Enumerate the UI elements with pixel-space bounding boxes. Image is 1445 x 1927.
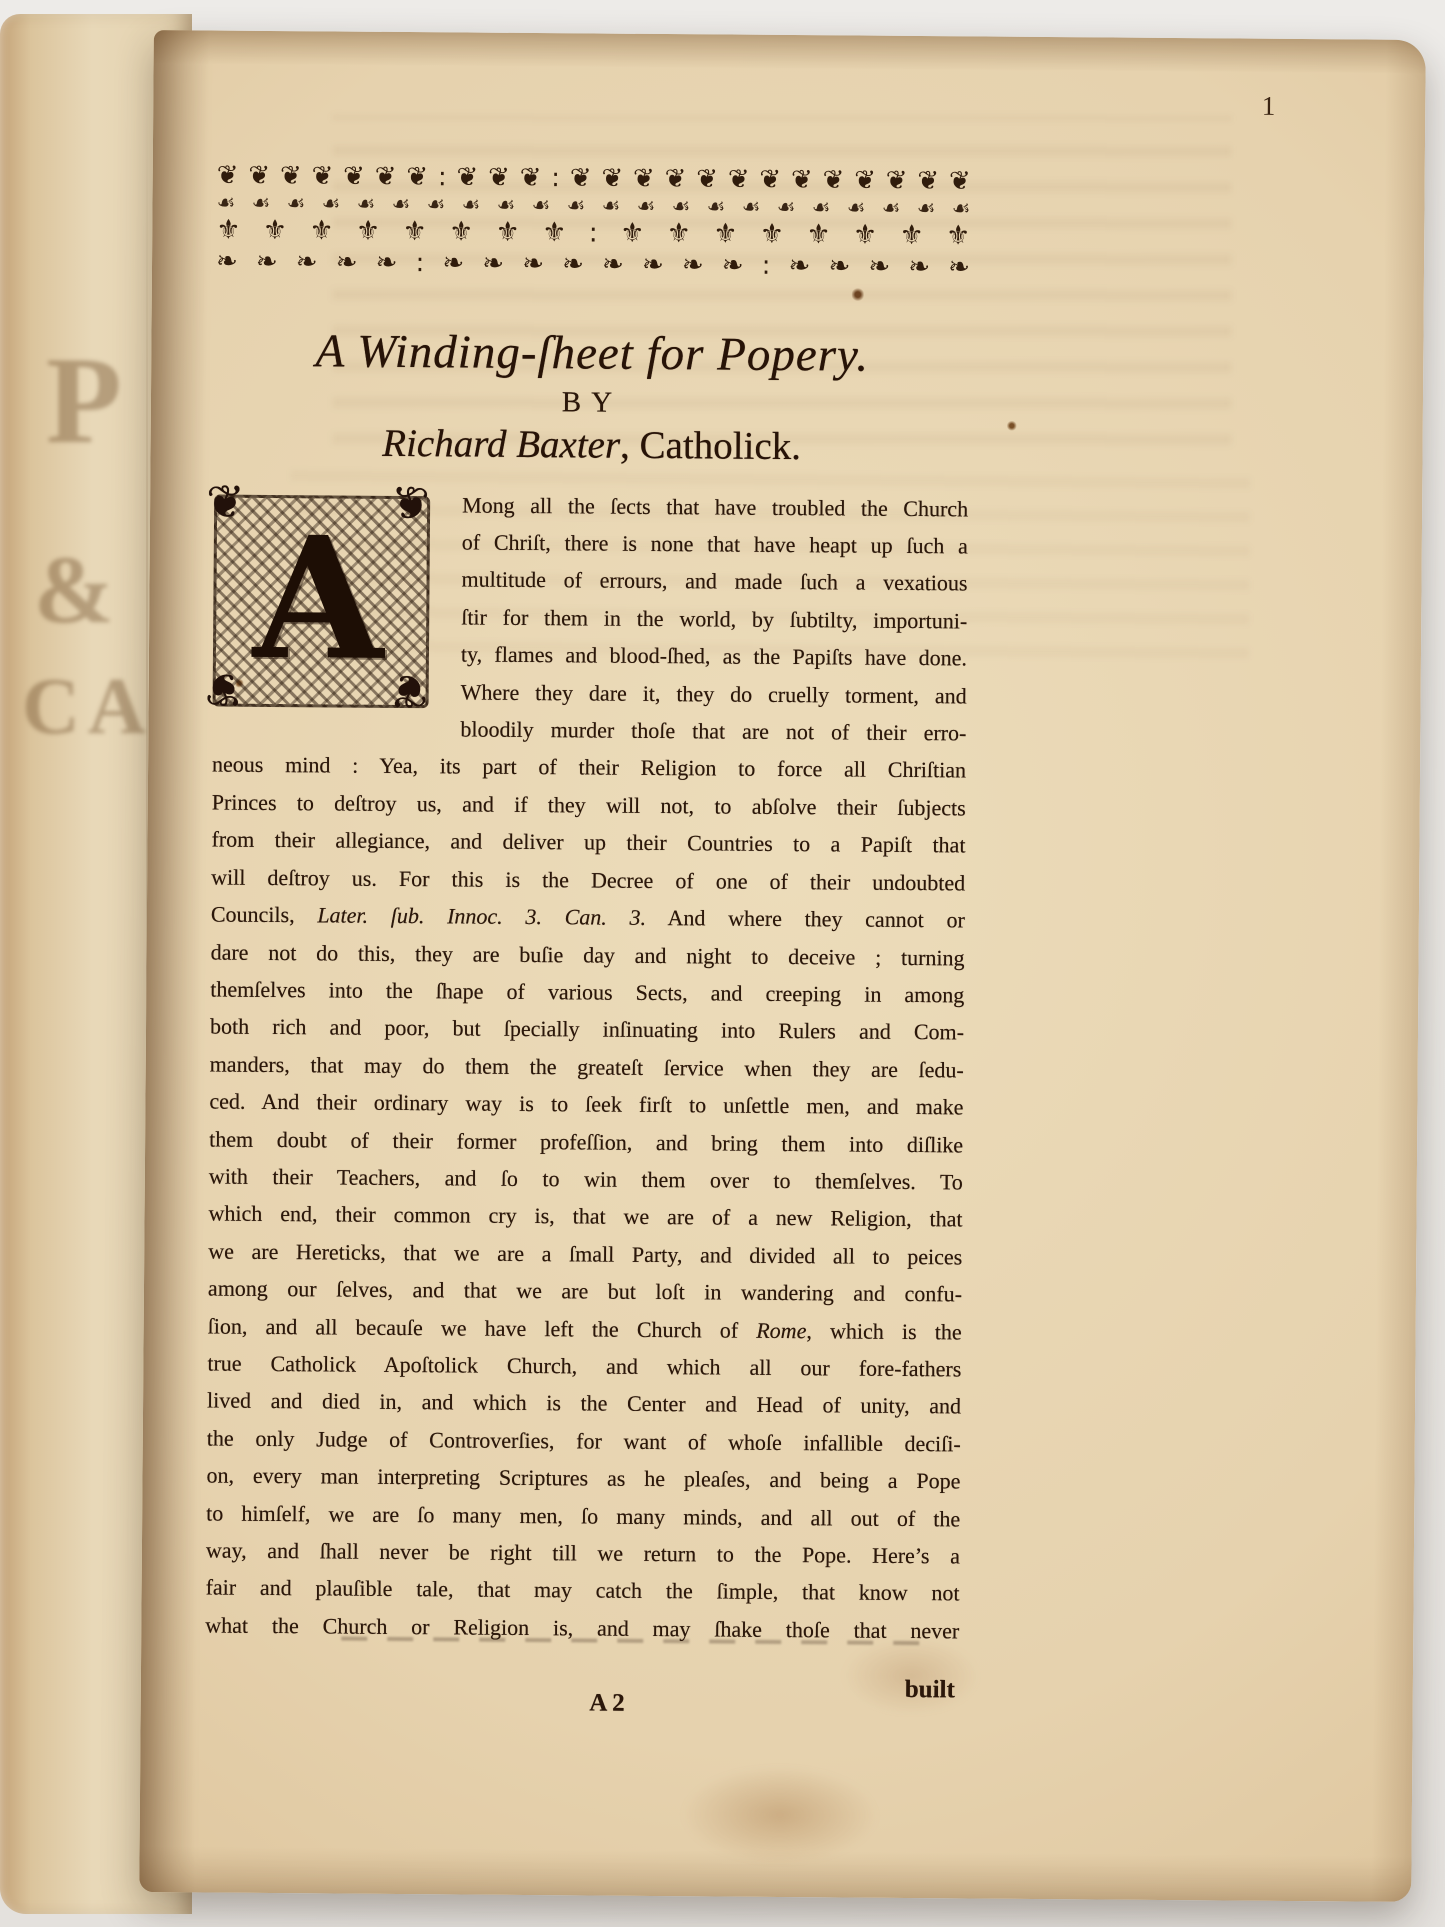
body-text: ❦ ❦ ❦ ❦ A Mong all the ſects that have t… [204, 484, 968, 1753]
body-line: them doubt of their former profeſſion, a… [209, 1120, 963, 1163]
showthrough-letter: CA [22, 662, 154, 753]
body-line: true Catholick Apoſtolick Church, and wh… [207, 1344, 961, 1387]
body-line: neous mind : Yea, its part of their Reli… [212, 746, 966, 789]
body-line: dare not do this, they are buſie day and… [210, 933, 964, 976]
ornament-band: ❦ ❦ ❦ ❦ ❦ ❦ ❦ : ❦ ❦ ❦ : ❦ ❦ ❦ ❦ ❦ ❦ ❦ ❦ … [216, 161, 971, 283]
body-line: we are Hereticks, that we are a ſmall Pa… [208, 1232, 962, 1275]
body-line: Councils, Later. ſub. Innoc. 3. Can. 3. … [211, 896, 965, 939]
body-line: manders, that may do them the greateſt ſ… [210, 1045, 964, 1088]
signature-mark: A 2 [589, 1685, 625, 1723]
paper-stain [679, 1764, 880, 1866]
body-line: themſelves into the ſhape of various Sec… [210, 970, 964, 1013]
author-epithet: , Catholick. [620, 423, 801, 467]
body-line: which end, their common cry is, that we … [208, 1195, 962, 1238]
author-line: Richard Baxter, Catholick. [214, 418, 968, 472]
body-line: will deſtroy us. For this is the Decree … [211, 858, 965, 901]
catchword: built [905, 1671, 955, 1709]
body-line: fair and plauſible tale, that may catch … [205, 1569, 959, 1612]
showthrough-letter: P [46, 330, 122, 472]
book-page: 1 ❦ ❦ ❦ ❦ ❦ ❦ ❦ : ❦ ❦ ❦ : ❦ ❦ ❦ ❦ ❦ ❦ ❦ … [139, 30, 1426, 1902]
author-name: Richard Baxter [382, 421, 620, 466]
fleuron-row-icon: ❧ ❧ ❧ ❧ ❧ : ❧ ❧ ❧ ❧ ❧ ❧ ❧ ❧ : ❧ ❧ ❧ ❧ ❧ [216, 247, 970, 283]
drop-cap-initial: ❦ ❦ ❦ ❦ A [212, 490, 448, 740]
body-line: on, every man interpreting Scriptures as… [206, 1457, 960, 1500]
body-line: the only Judge of Controverſies, for wan… [207, 1419, 961, 1462]
body-line: from their allegiance, and deliver up th… [211, 821, 965, 864]
byline: BY [215, 383, 969, 422]
foxing-spot [1007, 421, 1017, 431]
body-line: among our ſelves, and that we are but lo… [208, 1270, 962, 1313]
body-line: Princes to deſtroy us, and if they will … [212, 783, 966, 826]
photo-background: P & CA 1 ❦ ❦ ❦ ❦ ❦ ❦ ❦ : ❦ ❦ ❦ : ❦ ❦ ❦ ❦… [0, 0, 1445, 1927]
text-block: ❦ ❦ ❦ ❦ ❦ ❦ ❦ : ❦ ❦ ❦ : ❦ ❦ ❦ ❦ ❦ ❦ ❦ ❦ … [204, 31, 971, 1754]
body-line: ced. And their ordinary way is to ſeek f… [209, 1083, 963, 1126]
body-line: ſion, and all becauſe we have left the C… [208, 1307, 962, 1350]
page-title: A Winding-ſheet for Popery. [215, 325, 969, 384]
body-line: to himſelf, we are ſo many men, ſo many … [206, 1494, 960, 1537]
page-foot: A 2 built [204, 1648, 959, 1754]
page-number: 1 [1262, 91, 1276, 122]
drop-cap-letter: A [213, 494, 425, 702]
body-line: with their Teachers, and ſo to win them … [209, 1157, 963, 1200]
body-line: way, and ſhall never be right till we re… [206, 1531, 960, 1574]
body-line: both rich and poor, but ſpecially inſinu… [210, 1008, 964, 1051]
showthrough-letter: & [34, 534, 114, 645]
body-line: lived and died in, and which is the Cent… [207, 1382, 961, 1425]
